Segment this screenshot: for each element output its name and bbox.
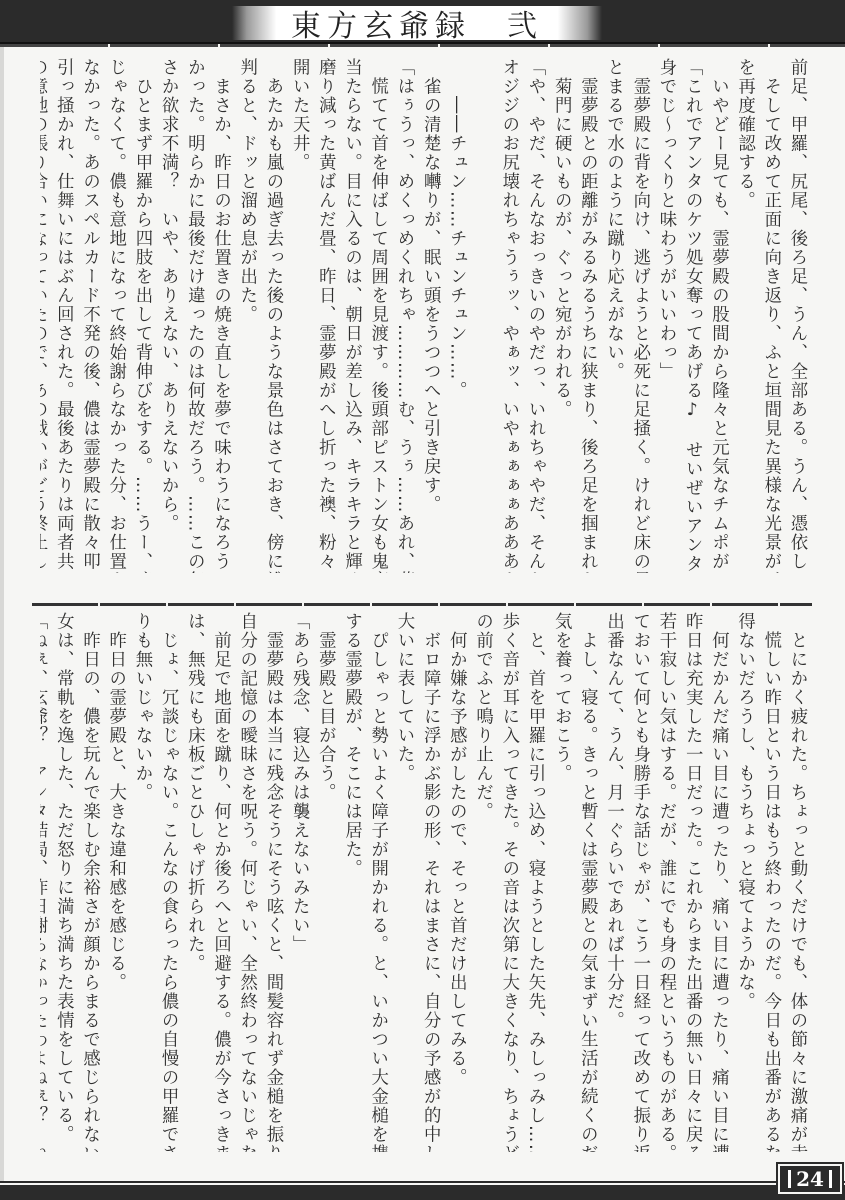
text-line: 大いに表していた。 (391, 612, 417, 1152)
footer-bar (0, 1183, 845, 1200)
text-line: いやどー見ても、霊夢殿の股間から隆々と元気なチムポがそびえ立っている。 (705, 58, 731, 573)
text-line: さか欲求不満？ いや、ありえない、ありえないから。 (155, 58, 181, 573)
text-line: の前でふと鳴り止んだ。 (469, 612, 495, 1152)
text-line: ボロ障子に浮かぶ影の形、それはまさに、自分の予感が的中していることを (417, 612, 443, 1152)
text-line: 判ると、ドッと溜め息が出た。 (234, 58, 260, 573)
page-edge (0, 47, 4, 1183)
text-line: 「あら残念、寝込みは襲えないみたい」 (286, 612, 312, 1152)
text-line: 霊夢殿と目が合う。 (312, 612, 338, 1152)
text-line: まさか、昨日のお仕置きの焼き直しを夢で味わうになろうとは夢にも思わな (207, 58, 233, 573)
page-number-bar-left (788, 1170, 791, 1188)
header-divider (0, 44, 845, 47)
text-line: 「ねぇ、玄爺？ アンタ結局、昨日謝らなかったわよねぇ？ ねぇ、私の記憶 (40, 612, 50, 1152)
text-line: 若干寂しい気はする。だが、誰にでも身の程というものがある。出番を要求し (653, 612, 679, 1152)
text-line: 何だかんだ痛い目に遭ったり、痛い目に遭ったり、痛い目に遭ったりしたが、 (705, 612, 731, 1152)
text-line: なかった。あのスペルカード不発の後、儂は霊夢殿に散々叩かれ蹴られ抓られ (76, 58, 102, 573)
text-line: する霊夢殿が、そこには居た。 (338, 612, 364, 1152)
text-line: 出番なんて、うん、月一ぐらいであれば十分だ。 (600, 612, 626, 1152)
text-line: 開いた天井。 (286, 58, 312, 573)
text-line: と、首を甲羅に引っ込め、寝ようとした矢先、みしっみし……っ、と廊下を (522, 612, 548, 1152)
text-line: ――チュン……チュンチュン……。 (443, 58, 469, 573)
text-line: 「これでアンタのケツ処女奪ってあげる♪ せいぜいアンタも失う痛さをその (679, 58, 705, 573)
text-line: 昨日の霊夢殿と、大きな違和感を感じる。 (103, 612, 129, 1152)
text-line: 引っ掻かれ、仕舞いにはぶん回された。最後あたりは両者共々満身創痍のただ (50, 58, 76, 573)
text-line: 前足、甲羅、尻尾、後ろ足、うん、全部ある。うん、憑依してない。 (784, 58, 810, 573)
page-number-badge: 24 (778, 1164, 842, 1194)
text-line: 当たらない。目に入るのは、朝日が差し込み、キラキラと輝くボロ障子を初め、 (338, 58, 364, 573)
text-line: りも無いじゃないか。 (129, 612, 155, 1152)
page-number-bar-right (829, 1170, 832, 1188)
text-line: よし、寝る。きっと暫くは霊夢殿との気まずい生活が続くのだ。今のうち英 (574, 612, 600, 1152)
text-line: かった。明らかに最後だけ違ったのは何故だろう。……この年にもなって、ま (181, 58, 207, 573)
text-line: 歩く音が耳に入ってきた。その音は次第に大きくなり、ちょうど儂の居る部屋 (496, 612, 522, 1152)
text-line: 自分の記憶の曖昧さを呪う。何じゃい、全然終わってないじゃないか。 (234, 612, 260, 1152)
text-line: は、無残にも床板ごとひしゃげ折られた。 (181, 612, 207, 1152)
text-line: 霊夢殿は本当に残念そうにそう呟くと、間髪容れず金槌を振り下ろしてきた。 (260, 612, 286, 1152)
text-line: 女は、常軌を逸した、ただ怒りに満ち満ちた表情をしている。 (50, 612, 76, 1152)
bottom-text-section: とにかく疲れた。ちょっと動くだけでも、体の節々に激痛が走る。 慌しい昨日という日… (40, 612, 810, 1152)
text-line: 前足で地面を蹴り、何とか後ろへと回避する。儂が今さっきまで寝ていた畳 (207, 612, 233, 1152)
text-line: じょ、冗談じゃない。こんなの食らったら儂の自慢の甲羅でさえ、ひとたま (155, 612, 181, 1152)
section-divider (32, 603, 812, 606)
text-line: 身でじ～っくりと味わうがいいわっ」 (653, 58, 679, 573)
text-line: ぴしゃっと勢いよく障子が開かれる。と、いかつい大金槌を携えて仁王立ち (365, 612, 391, 1152)
page-title: 東方玄爺録 弐 (291, 1, 543, 45)
text-line: 昨日は充実した一日だった。これからまた出番の無い日々に戻るのかと思うと (679, 612, 705, 1152)
text-line: 菊門に硬いものが、ぐっと宛がわれる。 (548, 58, 574, 573)
text-line: 雀の清楚な囀りが、眠い頭をうつつへと引き戻す。 (417, 58, 443, 573)
text-line: 霊夢殿に背を向け、逃げようと必死に足掻く。けれど床の畳はするりするり (627, 58, 653, 573)
text-line: 慌てて首を伸ばして周囲を見渡す。後頭部ピストン女も鬼畜チムポ家主も見 (365, 58, 391, 573)
text-line: 気を養っておこう。 (548, 612, 574, 1152)
text-line: 霊夢殿との距離がみるみるうちに狭まり、後ろ足を掴まれた。 (574, 58, 600, 573)
text-line: とまるで水のように蹴り応えがない。 (600, 58, 626, 573)
text-line (469, 58, 495, 573)
text-line: じゃなくて。儂も意地になって終始謝らなかった分、お仕置きも一向に終わら (103, 58, 129, 573)
text-line: あたかも嵐の過ぎ去った後のような景色はさておき、傍に誰も居ないことが (260, 58, 286, 573)
text-line: を再度確認する。 (731, 58, 757, 573)
text-line: の意地の張り合いになっていたので、あの戦いがどう終止したのかよく覚えて (40, 58, 50, 573)
text-line: 「はぅうっ、めくっめくれちゃ…………む、うぅ……あれ、夢？」 (391, 58, 417, 573)
title-plate: 東方玄爺録 弐 (232, 6, 602, 40)
text-line: 昨日の、儂を玩んで楽しむ余裕さが顔からまるで感じられないのだ。今の彼 (76, 612, 102, 1152)
text-line: ひとまず甲羅から四肢を出して背伸びをする。……うー、痛い。勿論、お尻 (129, 58, 155, 573)
bottom-vertical-text: とにかく疲れた。ちょっと動くだけでも、体の節々に激痛が走る。 慌しい昨日という日… (40, 612, 810, 1152)
text-line: 得ないだろうし、もうちょっと寝てようかな。 (731, 612, 757, 1152)
top-vertical-text: 前足、甲羅、尻尾、後ろ足、うん、全部ある。うん、憑依してない。 そして改めて正面… (40, 58, 810, 573)
text-line: とにかく疲れた。ちょっと動くだけでも、体の節々に激痛が走る。 (784, 612, 810, 1152)
page-number: 24 (796, 1167, 824, 1191)
text-line: オジジのお尻壊れちゃうぅッ、やぁッ、いやぁぁぁぁああああ……ッ。 (496, 58, 522, 573)
top-text-section: 前足、甲羅、尻尾、後ろ足、うん、全部ある。うん、憑依してない。 そして改めて正面… (40, 58, 810, 573)
text-line: 磨り減った黄ばんだ畳、昨日、霊夢殿がへし折った襖、粉々に割れた壺、穴の (312, 58, 338, 573)
text-line: 慌しい昨日という日はもう終わったのだ。今日も出番があるなんてまずあり (758, 612, 784, 1152)
text-line: ておいて何とも身勝手な話じゃが、こう一日経って改めて振り返ってみると、 (627, 612, 653, 1152)
header-bar: 東方玄爺録 弐 (0, 0, 845, 44)
text-line: そして改めて正面に向き返り、ふと垣間見た異様な光景が、嘘か真かどうか (758, 58, 784, 573)
text-line: 「や、やだ、そんなおっきいのやだっ、いれちゃやだ、そんなの入れられたら (522, 58, 548, 573)
text-line: 何か嫌な予感がしたので、そっと首だけ出してみる。 (443, 612, 469, 1152)
